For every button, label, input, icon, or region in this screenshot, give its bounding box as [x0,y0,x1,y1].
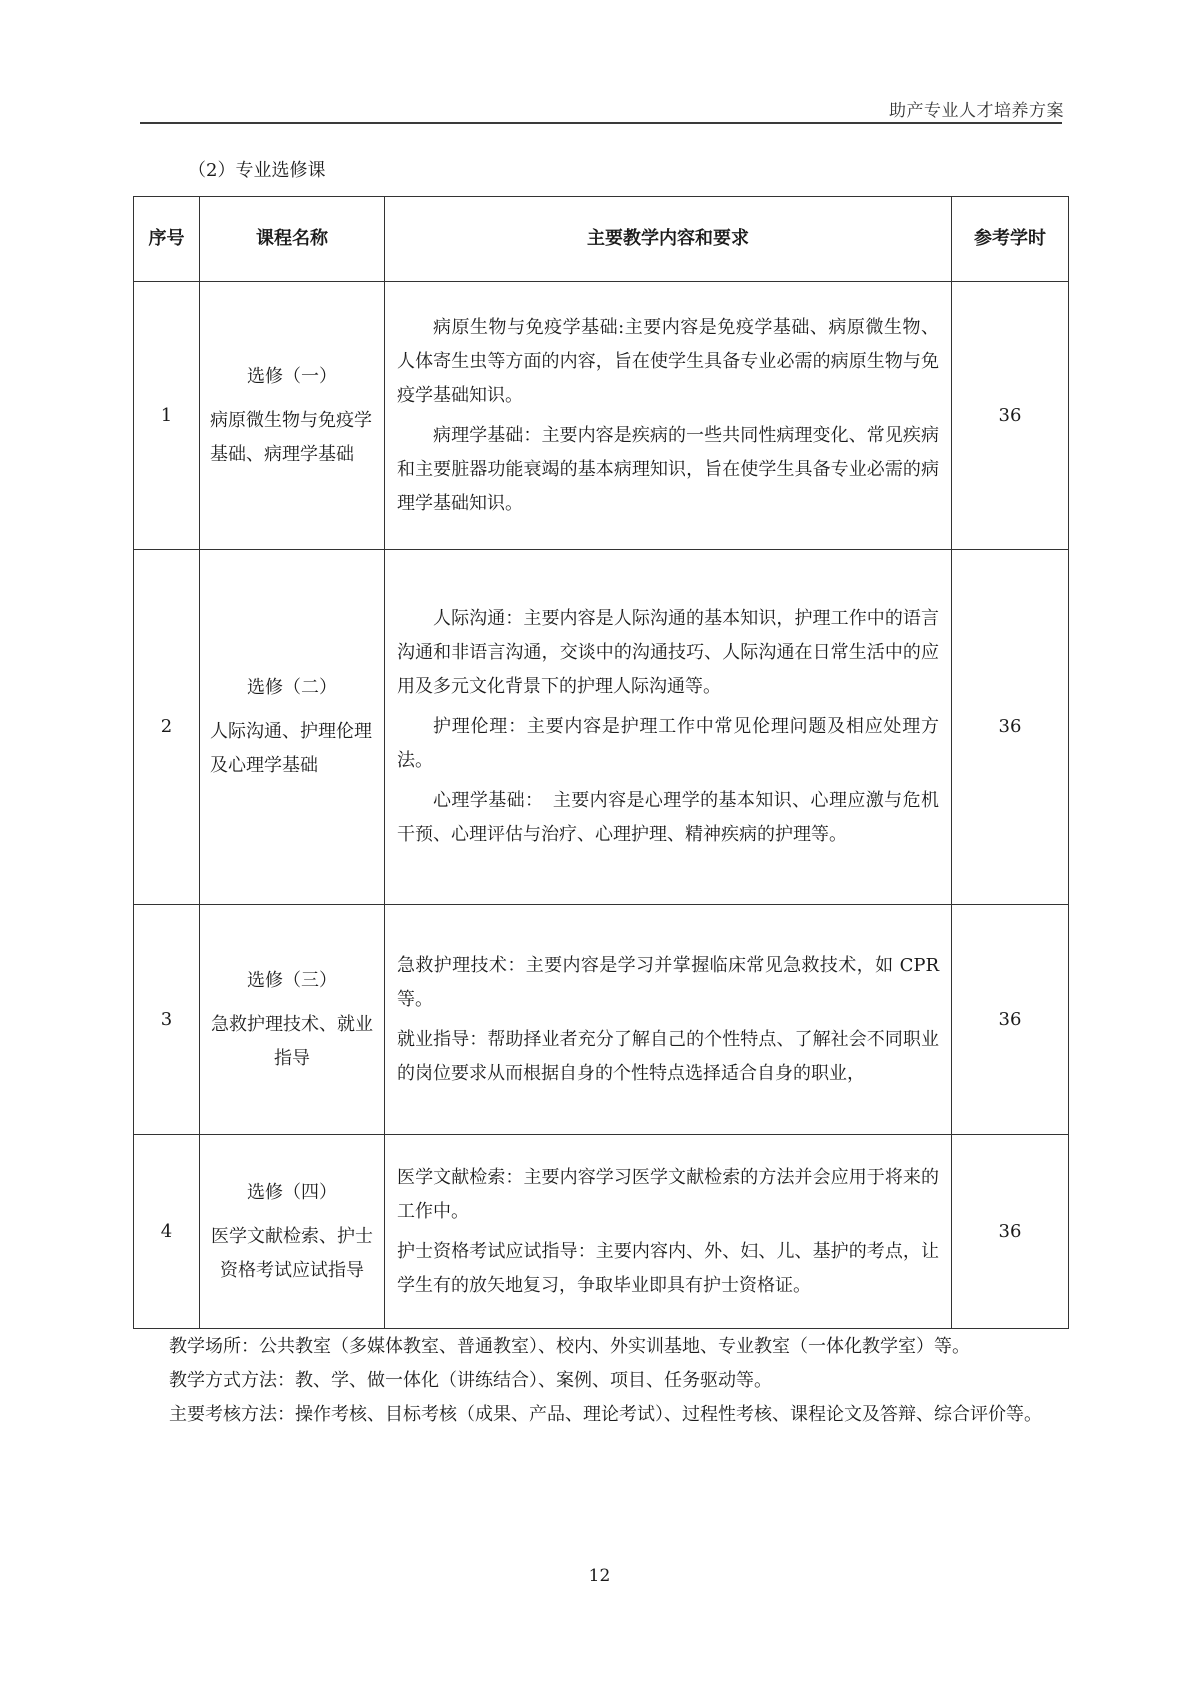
table-header-row: 序号 课程名称 主要教学内容和要求 参考学时 [134,197,1069,282]
course-content-cell: 人际沟通：主要内容是人际沟通的基本知识，护理工作中的语言沟通和非语言沟通，交谈中… [385,550,952,905]
course-hours: 36 [952,905,1069,1135]
content-paragraph: 就业指导：帮助择业者充分了解自己的个性特点、了解社会不同职业的岗位要求从而根据自… [397,1023,939,1091]
course-content-cell: 病原生物与免疫学基础:主要内容是免疫学基础、病原微生物、人体寄生虫等方面的内容，… [385,282,952,550]
elective-course-table: 序号 课程名称 主要教学内容和要求 参考学时 1 选修（一） 病原微生物与免疫学… [133,196,1069,1329]
elective-label: 选修（一） [210,360,374,394]
course-name-cell: 选修（三） 急救护理技术、就业指导 [200,905,385,1135]
table-row: 2 选修（二） 人际沟通、护理伦理及心理学基础 人际沟通：主要内容是人际沟通的基… [134,550,1069,905]
row-number: 1 [134,282,200,550]
column-header-course-name: 课程名称 [200,197,385,282]
elective-label: 选修（二） [210,671,374,705]
content-paragraph: 心理学基础： 主要内容是心理学的基本知识、心理应激与危机干预、心理评估与治疗、心… [397,784,939,852]
page-number: 12 [0,1566,1199,1586]
content-paragraph: 急救护理技术：主要内容是学习并掌握临床常见急救技术，如 CPR 等。 [397,949,939,1017]
document-header-title: 助产专业人才培养方案 [889,96,1064,121]
column-header-content: 主要教学内容和要求 [385,197,952,282]
course-name: 急救护理技术、就业指导 [210,1008,374,1076]
course-name: 医学文献检索、护士资格考试应试指导 [210,1220,374,1288]
section-title: （2）专业选修课 [188,156,325,182]
content-paragraph: 病原生物与免疫学基础:主要内容是免疫学基础、病原微生物、人体寄生虫等方面的内容，… [397,311,939,413]
column-header-hours: 参考学时 [952,197,1069,282]
teaching-methods-note: 教学方式方法：教、学、做一体化（讲练结合）、案例、项目、任务驱动等。 [133,1364,1064,1398]
column-header-no: 序号 [134,197,200,282]
course-content-cell: 急救护理技术：主要内容是学习并掌握临床常见急救技术，如 CPR 等。 就业指导：… [385,905,952,1135]
course-hours: 36 [952,1135,1069,1329]
assessment-methods-note: 主要考核方法：操作考核、目标考核（成果、产品、理论考试）、过程性考核、课程论文及… [133,1398,1064,1432]
elective-label: 选修（四） [210,1176,374,1210]
course-content-cell: 医学文献检索：主要内容学习医学文献检索的方法并会应用于将来的工作中。 护士资格考… [385,1135,952,1329]
course-hours: 36 [952,282,1069,550]
course-hours: 36 [952,550,1069,905]
course-name: 病原微生物与免疫学基础、病理学基础 [210,404,374,472]
table-row: 1 选修（一） 病原微生物与免疫学基础、病理学基础 病原生物与免疫学基础:主要内… [134,282,1069,550]
elective-label: 选修（三） [210,964,374,998]
header-divider [140,122,1062,124]
content-paragraph: 护理伦理：主要内容是护理工作中常见伦理问题及相应处理方法。 [397,710,939,778]
table-row: 4 选修（四） 医学文献检索、护士资格考试应试指导 医学文献检索：主要内容学习医… [134,1135,1069,1329]
teaching-venue-note: 教学场所：公共教室（多媒体教室、普通教室）、校内、外实训基地、专业教室（一体化教… [133,1330,1064,1364]
content-paragraph: 护士资格考试应试指导：主要内容内、外、妇、儿、基护的考点，让学生有的放矢地复习，… [397,1235,939,1303]
course-name-cell: 选修（四） 医学文献检索、护士资格考试应试指导 [200,1135,385,1329]
row-number: 4 [134,1135,200,1329]
notes-block: 教学场所：公共教室（多媒体教室、普通教室）、校内、外实训基地、专业教室（一体化教… [133,1330,1064,1432]
course-name-cell: 选修（二） 人际沟通、护理伦理及心理学基础 [200,550,385,905]
course-name: 人际沟通、护理伦理及心理学基础 [210,715,374,783]
table-row: 3 选修（三） 急救护理技术、就业指导 急救护理技术：主要内容是学习并掌握临床常… [134,905,1069,1135]
row-number: 2 [134,550,200,905]
course-name-cell: 选修（一） 病原微生物与免疫学基础、病理学基础 [200,282,385,550]
content-paragraph: 医学文献检索：主要内容学习医学文献检索的方法并会应用于将来的工作中。 [397,1161,939,1229]
content-paragraph: 病理学基础：主要内容是疾病的一些共同性病理变化、常见疾病和主要脏器功能衰竭的基本… [397,419,939,521]
content-paragraph: 人际沟通：主要内容是人际沟通的基本知识，护理工作中的语言沟通和非语言沟通，交谈中… [397,602,939,704]
row-number: 3 [134,905,200,1135]
